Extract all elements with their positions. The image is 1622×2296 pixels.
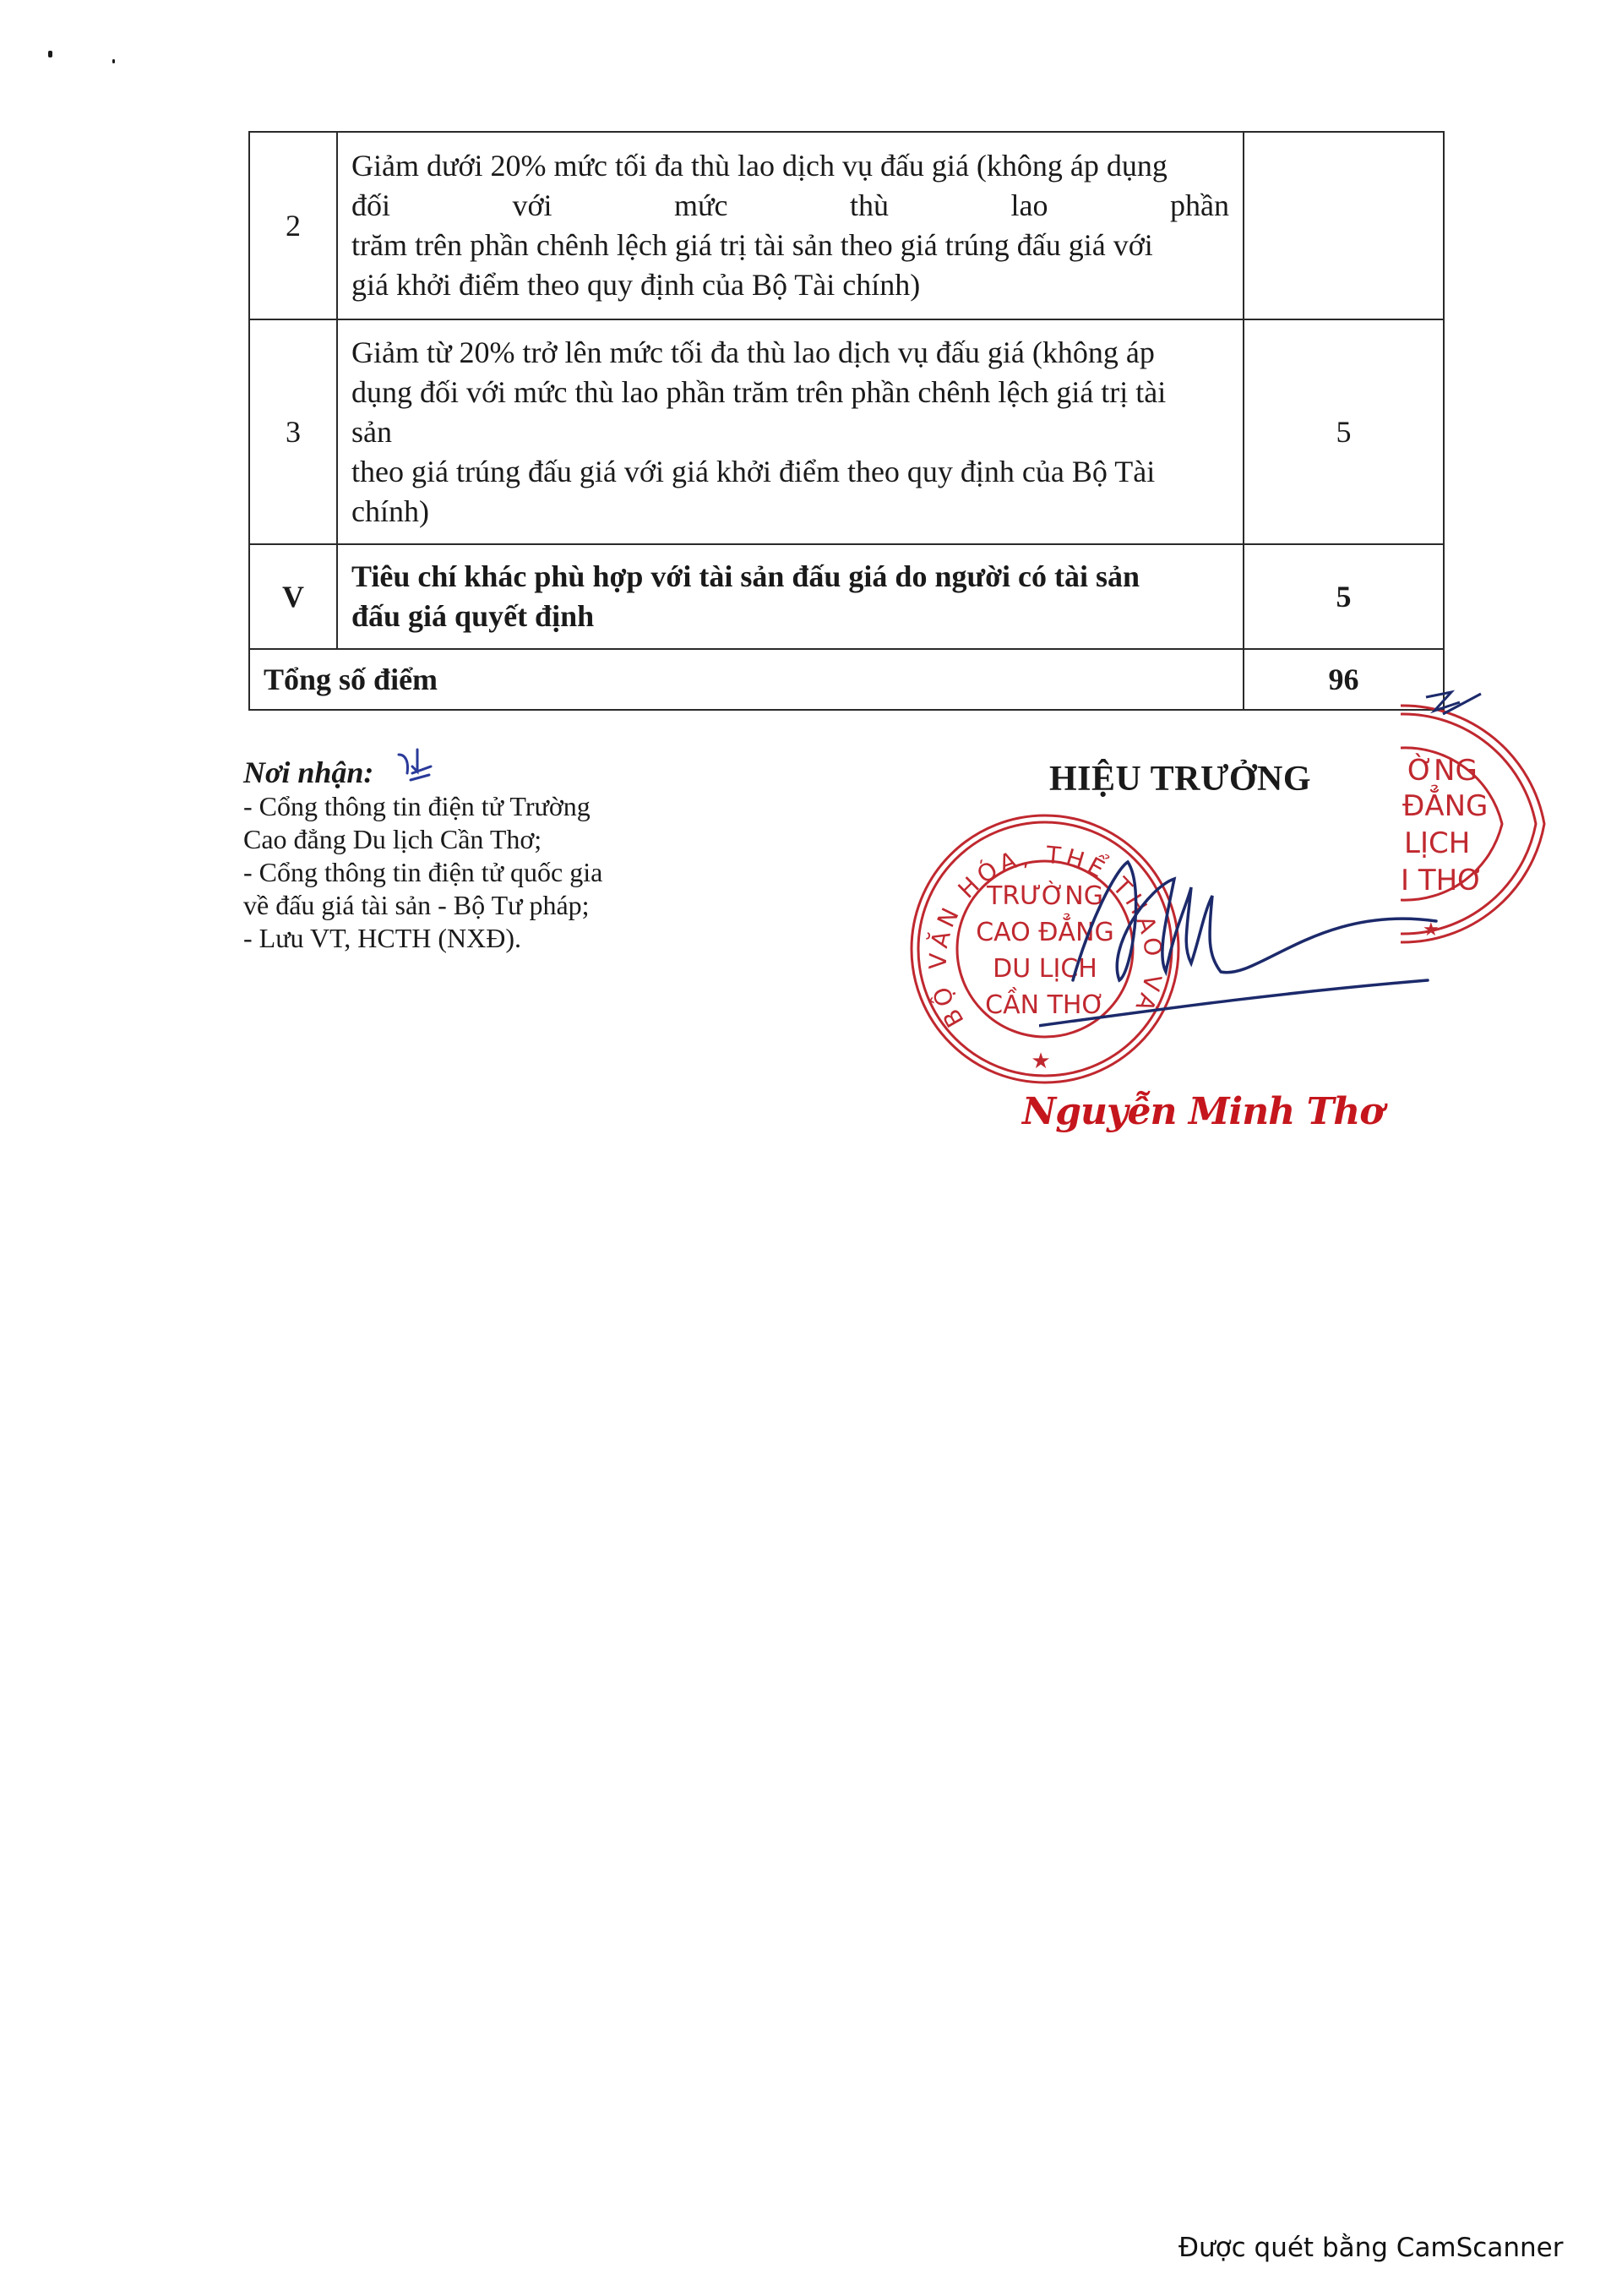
signer-name: Nguyễn Minh Thơ: [1022, 1090, 1384, 1133]
description-line: chính): [351, 492, 1229, 532]
scan-speck: [48, 51, 52, 57]
handwritten-signature: [1039, 854, 1445, 1048]
recipients-block: Nơi nhận: - Cổng thông tin điện tử Trườn…: [243, 755, 649, 955]
justified-word: đối: [351, 186, 390, 226]
description-line: Giảm dưới 20% mức tối đa thù lao dịch vụ…: [351, 146, 1229, 186]
description-line: trăm trên phần chênh lệch giá trị tài sả…: [351, 226, 1229, 265]
svg-text:★: ★: [1031, 1049, 1050, 1074]
description-line: Giảm từ 20% trở lên mức tối đa thù lao d…: [351, 333, 1229, 373]
description-line-justified: đốivớimứcthùlaophần: [351, 186, 1229, 226]
table-row: V Tiêu chí khác phù hợp với tài sản đấu …: [249, 544, 1444, 649]
description-line: theo giá trúng đấu giá với giá khởi điểm…: [351, 452, 1229, 492]
recipient-line: - Cổng thông tin điện tử Trường: [243, 790, 649, 823]
table-row: 2 Giảm dưới 20% mức tối đa thù lao dịch …: [249, 132, 1444, 319]
row-number: 3: [249, 319, 337, 544]
description-line: dụng đối với mức thù lao phần trăm trên …: [351, 373, 1229, 412]
description-line: đấu giá quyết định: [351, 597, 1229, 636]
total-row: Tổng số điểm 96: [249, 649, 1444, 710]
recipients-title: Nơi nhận:: [243, 755, 373, 790]
justified-word: lao: [1011, 186, 1048, 226]
description-line: sản: [351, 412, 1229, 452]
criterion-score: [1244, 132, 1444, 319]
justified-word: phần: [1170, 186, 1229, 226]
criteria-table: 2 Giảm dưới 20% mức tối đa thù lao dịch …: [248, 131, 1445, 711]
criterion-score: 5: [1244, 544, 1444, 649]
recipients-title-text: Nơi nhận:: [243, 755, 373, 789]
svg-text:ĐẲNG: ĐẲNG: [1402, 784, 1488, 823]
svg-text:ỜNG: ỜNG: [1407, 753, 1478, 788]
recipient-line: về đấu giá tài sản - Bộ Tư pháp;: [243, 889, 649, 922]
recipient-line: - Cổng thông tin điện tử quốc gia: [243, 856, 649, 889]
description-line: giá khởi điểm theo quy định của Bộ Tài c…: [351, 265, 1229, 305]
justified-word: mức: [674, 186, 728, 226]
camscanner-watermark: Được quét bằng CamScanner: [1178, 2233, 1563, 2263]
table-row: 3 Giảm từ 20% trở lên mức tối đa thù lao…: [249, 319, 1444, 544]
recipient-line: Cao đẳng Du lịch Cần Thơ;: [243, 823, 649, 856]
criterion-score: 5: [1244, 319, 1444, 544]
criterion-description: Tiêu chí khác phù hợp với tài sản đấu gi…: [337, 544, 1244, 649]
description-line: Tiêu chí khác phù hợp với tài sản đấu gi…: [351, 557, 1229, 597]
justified-word: thù: [850, 186, 889, 226]
row-number: V: [249, 544, 337, 649]
total-label: Tổng số điểm: [249, 649, 1244, 710]
scan-speck: [112, 59, 115, 63]
initial-mark-icon: [395, 748, 438, 785]
criterion-description: Giảm dưới 20% mức tối đa thù lao dịch vụ…: [337, 132, 1244, 319]
signer-title: HIỆU TRƯỞNG: [1049, 759, 1311, 799]
justified-word: với: [513, 186, 552, 226]
row-number: 2: [249, 132, 337, 319]
criterion-description: Giảm từ 20% trở lên mức tối đa thù lao d…: [337, 319, 1244, 544]
recipient-line: - Lưu VT, HCTH (NXĐ).: [243, 922, 649, 955]
